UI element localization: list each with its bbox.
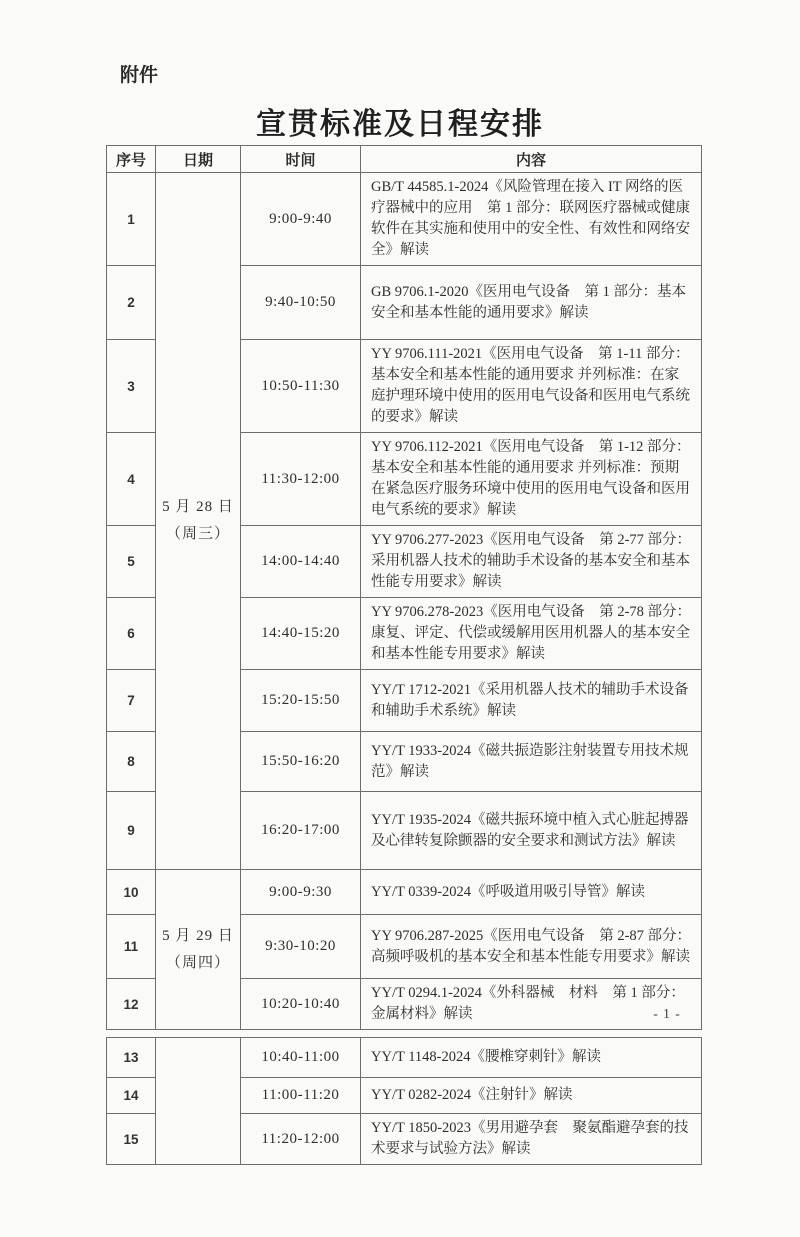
row-number-cell: 9: [107, 792, 156, 870]
date-line: （周四）: [156, 950, 240, 977]
row-number-cell: 4: [107, 433, 156, 526]
content-cell: YY/T 1850-2023《男用避孕套 聚氨酯避孕套的技术要求与试验方法》解读: [361, 1114, 702, 1165]
time-cell: 10:20-10:40: [241, 979, 361, 1030]
content-cell: YY/T 1712-2021《采用机器人技术的辅助手术设备和辅助手术系统》解读: [361, 670, 702, 732]
row-number-cell: 13: [107, 1038, 156, 1078]
date-cell: [156, 1038, 241, 1165]
content-cell: YY/T 0282-2024《注射针》解读: [361, 1078, 702, 1114]
content-cell: YY 9706.111-2021《医用电气设备 第 1-11 部分：基本安全和基…: [361, 340, 702, 433]
date-line: （周三）: [156, 521, 240, 548]
date-line: 5 月 28 日: [156, 494, 240, 521]
column-header-no: 序号: [107, 146, 156, 173]
content-cell: GB/T 44585.1-2024《风险管理在接入 IT 网络的医疗器械中的应用…: [361, 173, 702, 266]
time-cell: 9:00-9:30: [241, 870, 361, 915]
time-cell: 15:20-15:50: [241, 670, 361, 732]
time-cell: 11:30-12:00: [241, 433, 361, 526]
page-title: 宣贯标准及日程安排: [0, 99, 800, 143]
content-cell: YY 9706.112-2021《医用电气设备 第 1-12 部分：基本安全和基…: [361, 433, 702, 526]
date-line: 5 月 29 日: [156, 923, 240, 950]
time-cell: 16:20-17:00: [241, 792, 361, 870]
table-row: 1310:40-11:00YY/T 1148-2024《腰椎穿刺针》解读: [107, 1038, 702, 1078]
table-row: 15 月 28 日（周三）9:00-9:40GB/T 44585.1-2024《…: [107, 173, 702, 266]
content-cell: YY/T 1148-2024《腰椎穿刺针》解读: [361, 1038, 702, 1078]
content-cell: YY/T 1933-2024《磁共振造影注射装置专用技术规范》解读: [361, 732, 702, 792]
row-number-cell: 14: [107, 1078, 156, 1114]
time-cell: 10:50-11:30: [241, 340, 361, 433]
schedule-table-page1: 序号 日期 时间 内容 15 月 28 日（周三）9:00-9:40GB/T 4…: [106, 145, 702, 1030]
row-number-cell: 7: [107, 670, 156, 732]
content-cell: YY 9706.287-2025《医用电气设备 第 2-87 部分：高频呼吸机的…: [361, 915, 702, 979]
time-cell: 14:00-14:40: [241, 526, 361, 598]
row-number-cell: 2: [107, 266, 156, 340]
row-number-cell: 15: [107, 1114, 156, 1165]
content-cell: GB 9706.1-2020《医用电气设备 第 1 部分：基本安全和基本性能的通…: [361, 266, 702, 340]
column-header-content: 内容: [361, 146, 702, 173]
row-number-cell: 1: [107, 173, 156, 266]
date-cell: 5 月 28 日（周三）: [156, 173, 241, 870]
time-cell: 11:20-12:00: [241, 1114, 361, 1165]
time-cell: 10:40-11:00: [241, 1038, 361, 1078]
time-cell: 11:00-11:20: [241, 1078, 361, 1114]
document-page: 附件 宣贯标准及日程安排 序号 日期 时间 内容 15 月 28 日（周三）9:…: [0, 0, 800, 1237]
attachment-label: 附件: [120, 60, 158, 87]
content-cell: YY 9706.278-2023《医用电气设备 第 2-78 部分：康复、评定、…: [361, 598, 702, 670]
time-cell: 14:40-15:20: [241, 598, 361, 670]
time-cell: 9:40-10:50: [241, 266, 361, 340]
table-header-row: 序号 日期 时间 内容: [107, 146, 702, 173]
row-number-cell: 8: [107, 732, 156, 792]
row-number-cell: 3: [107, 340, 156, 433]
time-cell: 9:00-9:40: [241, 173, 361, 266]
row-number-cell: 6: [107, 598, 156, 670]
row-number-cell: 10: [107, 870, 156, 915]
column-header-time: 时间: [241, 146, 361, 173]
content-cell: YY/T 0339-2024《呼吸道用吸引导管》解读: [361, 870, 702, 915]
date-cell: 5 月 29 日（周四）: [156, 870, 241, 1030]
row-number-cell: 11: [107, 915, 156, 979]
content-cell: YY/T 1935-2024《磁共振环境中植入式心脏起搏器及心律转复除颤器的安全…: [361, 792, 702, 870]
row-number-cell: 5: [107, 526, 156, 598]
content-cell: YY 9706.277-2023《医用电气设备 第 2-77 部分：采用机器人技…: [361, 526, 702, 598]
page-number: - 1 -: [632, 1006, 702, 1022]
schedule-table-page2: 1310:40-11:00YY/T 1148-2024《腰椎穿刺针》解读1411…: [106, 1037, 702, 1165]
time-cell: 15:50-16:20: [241, 732, 361, 792]
row-number-cell: 12: [107, 979, 156, 1030]
time-cell: 9:30-10:20: [241, 915, 361, 979]
column-header-date: 日期: [156, 146, 241, 173]
table-row: 105 月 29 日（周四）9:00-9:30YY/T 0339-2024《呼吸…: [107, 870, 702, 915]
